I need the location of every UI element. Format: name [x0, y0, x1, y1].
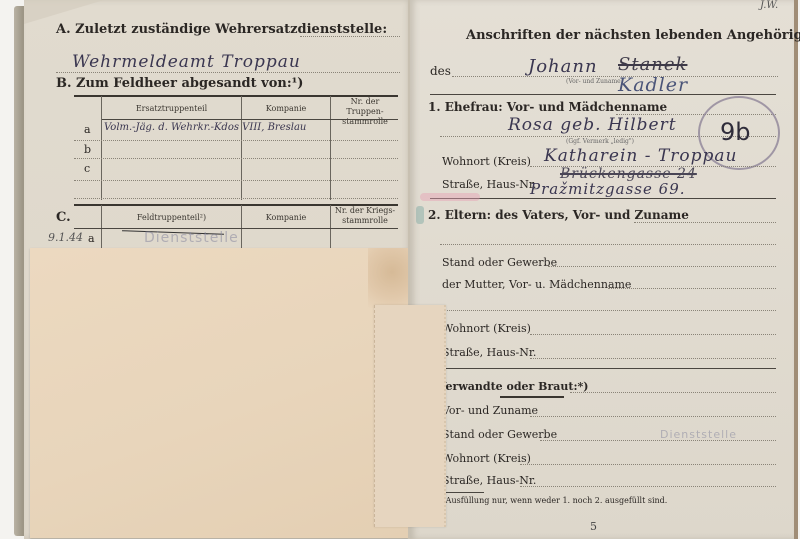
wohnort-label-3: Wohnort (Kreis) — [442, 452, 531, 465]
section-1-label: 1. Ehefrau: Vor- und Mädchenname — [428, 100, 667, 114]
table-c-header-feldtruppenteil: Feldtruppenteil²) — [102, 213, 241, 223]
des-caption: (Vor- und Zuname) — [566, 78, 623, 85]
table-b-header-nr: Nr. der Truppen-stammrolle — [332, 97, 398, 127]
dotted-line — [74, 158, 398, 159]
table-b-header-kompanie: Kompanie — [242, 104, 330, 114]
dotted-line — [74, 180, 398, 181]
rule — [430, 368, 776, 369]
dotted-line — [608, 288, 776, 289]
section-3-label: Verwandte oder Braut:*) — [438, 380, 588, 393]
underline — [500, 396, 564, 398]
table-b-row-key: a — [84, 123, 91, 136]
wohnort-label: Wohnort (Kreis) — [442, 155, 531, 168]
strasse-value: Pražmitzgasse 69. — [530, 180, 686, 198]
page-number: 5 — [590, 520, 597, 533]
dotted-line — [520, 464, 776, 465]
rule — [430, 94, 776, 95]
dotted-line — [530, 358, 776, 359]
table-divider — [330, 96, 331, 200]
table-b-header-rule — [102, 119, 398, 120]
dotted-line — [56, 72, 400, 73]
faded-stamp: Dienststelle — [660, 428, 737, 441]
table-b-row-key: b — [84, 143, 91, 156]
section-2-label: 2. Eltern: des Vaters, Vor- und Zuname — [428, 208, 689, 222]
dotted-line — [634, 222, 776, 223]
table-c-header-nr: Nr. der Kriegs-stammrolle — [332, 206, 398, 226]
section-a-label: A. Zuletzt zuständige Wehrersatzdienstst… — [56, 22, 387, 37]
section-c-label: C. — [56, 210, 71, 225]
perforated-paper-strip — [374, 305, 446, 527]
section-1-value: Rosa geb. Hilbert — [508, 115, 677, 135]
dotted-line — [440, 244, 776, 245]
table-c-row-key: a — [88, 232, 95, 245]
des-corrected-surname: Kadler — [618, 74, 688, 96]
stand-label: Stand oder Gewerbe — [442, 256, 557, 269]
wohnort-label-2: Wohnort (Kreis) — [442, 322, 531, 335]
corner-note: J.W. — [760, 0, 778, 11]
table-divider — [330, 205, 331, 248]
paper-stain — [368, 248, 408, 308]
section-b-label: B. Zum Feldheer abgesandt von:¹) — [56, 76, 303, 91]
ink-smudge — [416, 206, 424, 224]
section-a-value: Wehrmeldeamt Troppau — [72, 52, 301, 72]
dotted-line — [530, 334, 776, 335]
table-c-row-date: 9.1.44 — [48, 231, 83, 244]
table-b-row-a-value: Volm.-Jäg. d. Wehrkr.-Kdos VIII, Breslau — [104, 122, 306, 133]
ink-smudge — [420, 193, 480, 201]
name-label-3: Vor- und Zuname — [442, 404, 538, 417]
stamp-number: 9b — [720, 118, 751, 146]
footnote-rule — [440, 492, 484, 493]
table-divider — [101, 205, 102, 248]
des-struck-surname: Stanek — [618, 54, 687, 75]
table-c-row-stamp: Dienststelle — [144, 230, 239, 246]
dotted-line — [452, 76, 778, 77]
dotted-line — [300, 36, 400, 37]
rule — [430, 198, 776, 199]
table-c-header-rule — [74, 228, 398, 229]
blank-paper-insert — [30, 248, 408, 538]
dotted-line — [74, 140, 398, 141]
strasse-label: Straße, Haus-Nr. — [442, 178, 536, 191]
strasse-label-2: Straße, Haus-Nr. — [442, 346, 536, 359]
dotted-line — [540, 440, 776, 441]
wohnort-value: Katharein - Troppau — [544, 146, 737, 166]
dotted-line — [520, 486, 776, 487]
table-b-header-ersatztruppenteil: Ersatztruppenteil — [102, 104, 241, 114]
dotted-line — [548, 266, 776, 267]
table-b-row-key: c — [84, 162, 90, 175]
dotted-line — [74, 198, 398, 199]
mutter-label: der Mutter, Vor- u. Mädchenname — [442, 278, 631, 291]
dotted-line — [530, 416, 776, 417]
right-page-title: Anschriften der nächsten lebenden Angehö… — [466, 28, 800, 43]
dotted-line — [440, 310, 776, 311]
table-divider — [241, 205, 242, 248]
des-first-name: Johann — [528, 56, 598, 77]
footnote: *) Ausfüllung nur, wenn weder 1. noch 2.… — [436, 496, 667, 505]
table-c-header-kompanie: Kompanie — [242, 213, 330, 223]
des-label: des — [430, 64, 451, 78]
dotted-line — [570, 392, 776, 393]
section-1-caption: (Ggf. Vermerk „ledig") — [566, 138, 634, 145]
